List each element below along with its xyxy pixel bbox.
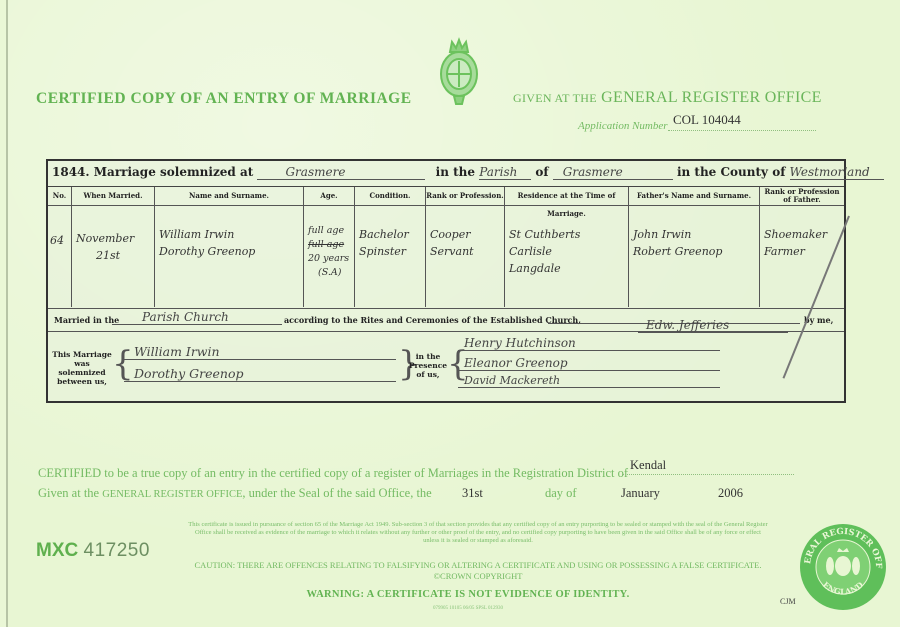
column-name: Name and Surname. William Irwin Dorothy … <box>155 187 304 307</box>
register-columns: No. 64 When Married. November 21st Name … <box>48 186 844 307</box>
bride-rank: Servant <box>430 243 501 260</box>
of-label: of <box>535 165 548 179</box>
serial-prefix: MXC <box>36 540 78 561</box>
column-condition: Condition. Bachelor Spinster <box>355 187 426 307</box>
identity-warning: WARNING: A CERTIFICATE IS NOT EVIDENCE O… <box>238 589 698 600</box>
column-rank: Rank or Profession. Cooper Servant <box>426 187 505 307</box>
witness-3: David Mackereth <box>458 374 720 388</box>
certification-line-2: Given at the GENERAL REGISTER OFFICE, un… <box>38 486 432 501</box>
presence-label: in the Presence of us, <box>408 352 448 379</box>
signatures-area: Edw. Jefferies This Marriage was solemni… <box>48 331 844 400</box>
parish-prefix: in the <box>436 165 475 179</box>
column-residence: Residence at the Time of Marriage. St Cu… <box>505 187 629 307</box>
groom-name: William Irwin <box>159 226 300 243</box>
caution-notice: CAUTION: THERE ARE OFFENCES RELATING TO … <box>183 560 773 582</box>
serial-number: MXC 417250 <box>36 540 150 562</box>
district-line <box>622 474 794 475</box>
age-note: (S.A) <box>308 266 351 280</box>
solemnized-at-label: Marriage solemnized at <box>94 165 254 179</box>
column-age: Age. full age full age 20 years (S.A) <box>304 187 355 307</box>
issuer-initials: CJM <box>780 597 796 606</box>
married-in-label: Married in the <box>54 315 119 325</box>
bride-name: Dorothy Greenop <box>159 243 300 260</box>
column-father-rank: Rank or Profession of Father. Shoemaker … <box>760 187 844 307</box>
legal-small-print: This certificate is issued in pursuance … <box>188 521 768 545</box>
married-in-place: Parish Church <box>112 310 282 325</box>
county-name: Westmorland <box>790 165 884 180</box>
issuer-prefix: GIVEN AT THE <box>513 91 597 105</box>
issuer-title: GIVEN AT THE GENERAL REGISTER OFFICE <box>513 89 822 107</box>
bride-signature: Dorothy Greenop <box>124 366 396 382</box>
certified-month: January <box>621 486 660 501</box>
entry-number: 64 <box>48 206 71 249</box>
bride-age: 20 years <box>308 252 351 266</box>
groom-father-rank: Shoemaker <box>764 226 841 243</box>
register-entry: 1844. Marriage solemnized at Grasmere in… <box>46 159 846 403</box>
day-of-label: day of <box>545 486 577 501</box>
solemnized-place: Grasmere <box>257 165 425 180</box>
groom-age: full age <box>308 224 351 238</box>
groom-residence: St Cuthberts Carlisle <box>509 226 625 260</box>
rites-text: according to the Rites and Ceremonies of… <box>284 315 581 325</box>
groom-condition: Bachelor <box>359 226 422 243</box>
column-when-married: When Married. November 21st <box>72 187 155 307</box>
application-number: COL 104044 <box>673 112 741 128</box>
bride-condition: Spinster <box>359 243 422 260</box>
document-title: CERTIFIED COPY OF AN ENTRY OF MARRIAGE <box>36 90 412 108</box>
form-code: 079905 10105 06/05 SPSL 012930 <box>288 606 648 611</box>
bride-age-struck: full age <box>308 238 351 252</box>
officiant-signature: Edw. Jefferies <box>638 318 788 333</box>
certification-text: CERTIFIED to be a true copy of an entry … <box>38 466 628 480</box>
solemnized-label: This Marriage was solemnized between us, <box>52 350 112 386</box>
witness-2: Eleanor Greenop <box>458 356 720 371</box>
certified-year: 2006 <box>718 486 743 501</box>
serial-digits: 417250 <box>84 540 150 561</box>
column-father-name: Father's Name and Surname. John Irwin Ro… <box>629 187 760 307</box>
parish-name: Grasmere <box>553 165 673 180</box>
marriage-day: 21st <box>76 247 151 264</box>
register-heading: 1844. Marriage solemnized at Grasmere in… <box>52 165 842 180</box>
bride-father: Robert Greenop <box>633 243 756 260</box>
application-number-line <box>668 130 816 131</box>
parish-type: Parish <box>479 165 531 180</box>
issuer-office: GENERAL REGISTER OFFICE <box>601 89 822 106</box>
bride-father-rank: Farmer <box>764 243 841 260</box>
application-number-label: Application Number <box>578 120 668 132</box>
witness-1: Henry Hutchinson <box>458 336 720 351</box>
groom-father: John Irwin <box>633 226 756 243</box>
bride-residence: Langdale <box>509 260 625 277</box>
registration-district: Kendal <box>630 458 666 473</box>
royal-crest-icon <box>436 34 482 112</box>
groom-rank: Cooper <box>430 226 501 243</box>
office-name: GENERAL REGISTER OFFICE <box>102 489 242 500</box>
certified-day: 31st <box>462 486 483 501</box>
groom-signature: William Irwin <box>124 344 396 360</box>
general-register-office-seal-icon: GENERAL REGISTER OFFICE ENGLAND <box>798 522 888 612</box>
column-no: No. 64 <box>48 187 72 307</box>
county-label: in the County of <box>677 165 785 179</box>
marriage-month: November <box>76 230 151 247</box>
certification-line-1: CERTIFIED to be a true copy of an entry … <box>38 466 628 481</box>
entry-year: 1844 <box>52 165 85 179</box>
certificate-paper: CERTIFIED COPY OF AN ENTRY OF MARRIAGE G… <box>6 0 900 627</box>
